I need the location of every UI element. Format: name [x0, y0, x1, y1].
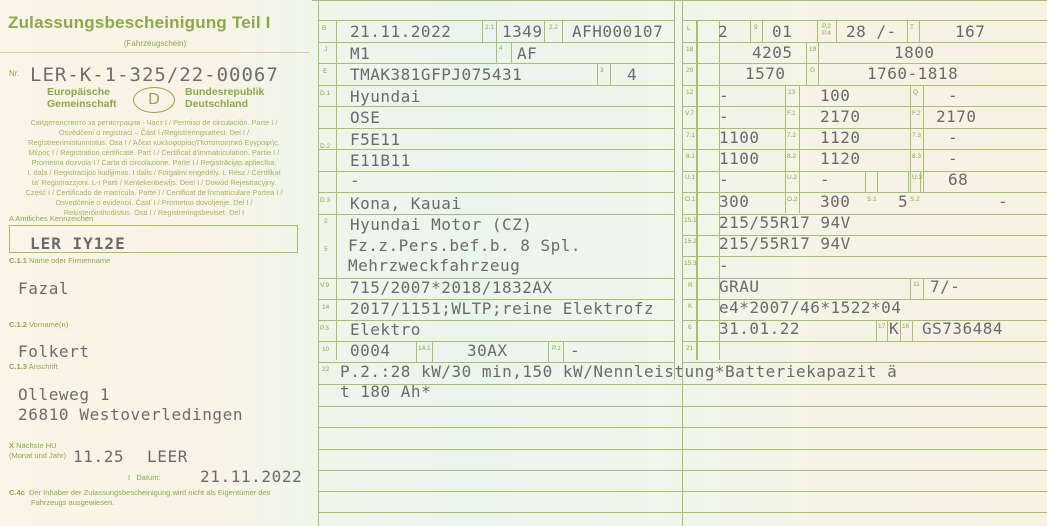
- grid-line: [907, 20, 908, 42]
- multilingual-line: Prometna dozvola I / Carta di circolazio…: [4, 158, 304, 168]
- grid-line: [900, 320, 901, 341]
- field-code-Q: Q: [913, 89, 918, 96]
- field-code-P4: P.4: [822, 30, 831, 37]
- field-code-9: 9: [754, 24, 758, 31]
- field-F2: 2170: [936, 107, 977, 126]
- field-P1: -: [570, 341, 580, 360]
- field-code-U1: U.1: [685, 174, 695, 181]
- grid-line: [682, 256, 1047, 257]
- grid-line: [682, 42, 1047, 43]
- field-5-2: Mehrzweckfahrzeug: [348, 256, 520, 275]
- field-19: 1800: [894, 43, 935, 62]
- field-code-D1: D.1: [320, 90, 330, 97]
- eu-label: Europäische Gemeinschaft: [47, 86, 116, 110]
- field-12: -: [719, 86, 729, 105]
- grid-line: [697, 20, 698, 360]
- grid-line: [318, 406, 1047, 407]
- field-J: M1: [350, 44, 370, 63]
- grid-line: [548, 341, 549, 362]
- field-code-E: E: [323, 68, 327, 75]
- field-F1: 2170: [820, 107, 861, 126]
- grid-line: [865, 171, 866, 192]
- address-line2: 26810 Westoverledingen: [18, 405, 243, 424]
- field-code-22: 22: [322, 366, 329, 373]
- field-S2: -: [998, 192, 1008, 211]
- field-code-2-1: 2.1: [485, 24, 494, 31]
- field-code-2-2: 2.2: [549, 24, 558, 31]
- field-code-17: 17: [878, 323, 885, 330]
- multilingual-line: I. daļa / Registracijos liudijimas. I da…: [4, 168, 304, 178]
- field-P2P4: 28 /-: [846, 22, 897, 41]
- field-code-15-1: 15.1: [684, 217, 697, 224]
- field-code-R: R: [688, 282, 693, 289]
- field-U3: 68: [948, 170, 968, 189]
- grid-line: [318, 427, 1047, 428]
- nr-label: Nr.: [9, 69, 19, 78]
- grid-line: [318, 149, 674, 150]
- field-code-13: 13: [788, 89, 795, 96]
- grid-line: [806, 42, 807, 85]
- grid-line: [682, 63, 1047, 64]
- country-code: D: [148, 91, 160, 109]
- eu-line2: Gemeinschaft: [47, 98, 116, 110]
- field-7-2: 1120: [820, 128, 861, 147]
- owner-note: C.4c Der Inhaber der Zulassungsbescheini…: [9, 488, 270, 508]
- field-2-2: AFH000107: [572, 22, 663, 41]
- field-code-U3: U.3: [912, 174, 922, 181]
- field-code-7-2: 7.2: [787, 132, 796, 139]
- field-code-16: 16: [902, 323, 909, 330]
- field-13: 100: [820, 86, 850, 105]
- field-O1: 300: [719, 192, 749, 211]
- field-D1: Hyundai: [350, 87, 421, 106]
- field-U1: -: [719, 170, 729, 189]
- field-code-15-2: 15.2: [684, 238, 697, 245]
- field-code-D2: D.2: [320, 143, 330, 150]
- grid-line: [696, 20, 697, 360]
- field-K: e4*2007/46*1522*04: [719, 298, 901, 317]
- field-3: 4: [627, 65, 637, 84]
- field-D2-1: OSE: [350, 108, 380, 127]
- multilingual-line: Osvedčenie o evidencii. Časť I / Prometn…: [4, 198, 304, 208]
- field-code-L: L: [687, 25, 691, 32]
- field-S1: 5: [898, 192, 908, 211]
- field-7-3: -: [948, 128, 958, 147]
- plate-label: A Amtliches Kennzeichen: [9, 214, 93, 223]
- field-code-19: 19: [809, 46, 816, 53]
- multilingual-line: Свидетелството за регистрация - Част I /…: [4, 118, 304, 128]
- field-code-V9: V.9: [320, 282, 329, 289]
- field-code-8-3: 8.3: [912, 153, 921, 160]
- grid-line: [312, 0, 1047, 1]
- plate-value: LER IY12E: [30, 234, 126, 253]
- multilingual-text: Свидетелството за регистрация - Част I /…: [4, 118, 304, 218]
- multilingual-line: Część I / Certificado de matrícula. Part…: [4, 188, 304, 198]
- field-code-3: 3: [600, 67, 604, 74]
- grid-line: [817, 20, 818, 42]
- field-B: 21.11.2022: [350, 22, 451, 41]
- field-D3: Kona, Kauai: [350, 194, 461, 213]
- grid-line: [318, 512, 1047, 513]
- field-code-11: 11: [913, 281, 920, 288]
- field-code-P3: P.3: [320, 325, 329, 332]
- grid-line: [496, 20, 497, 42]
- hu-label: X Nächste HU (Monat und Jahr): [9, 441, 66, 461]
- field-code-S1: S.1: [867, 196, 877, 203]
- field-6: 31.01.22: [719, 319, 800, 338]
- field-code-U2: U.2: [787, 174, 797, 181]
- field-20: 1570: [745, 64, 786, 83]
- name-label: C.1.1 Name oder Firmenname: [9, 256, 110, 265]
- name-value: Fazal: [18, 279, 69, 298]
- address-line1: Olleweg 1: [18, 385, 110, 404]
- grid-line: [544, 20, 545, 42]
- grid-line: [836, 20, 837, 42]
- grid-line: [318, 491, 1047, 492]
- field-8-3: -: [948, 149, 958, 168]
- country-oval-icon: D: [133, 87, 175, 113]
- field-code-6: 6: [688, 324, 692, 331]
- grid-line: [416, 341, 417, 362]
- field-code-21: 21: [686, 345, 693, 352]
- field-code-14-1: 14.1: [418, 345, 431, 352]
- field-code-B: B: [322, 25, 326, 32]
- grid-line: [923, 278, 924, 299]
- holder-panel: Zulassungsbescheinigung Teil I (Fahrzeug…: [0, 0, 312, 526]
- grid-line: [910, 278, 911, 299]
- document-subtitle: (Fahrzeugschein): [0, 39, 310, 48]
- grid-line: [877, 171, 878, 192]
- grid-line: [318, 0, 319, 526]
- grid-line: [432, 341, 433, 362]
- field-code-F1: F.1: [787, 110, 796, 117]
- grid-line: [887, 320, 888, 341]
- grid-line: [597, 63, 598, 85]
- field-11: 7/-: [930, 277, 960, 296]
- field-code-20: 20: [686, 67, 693, 74]
- field-code-O1: O.1: [685, 196, 695, 203]
- field-P3: Elektro: [350, 320, 421, 339]
- grid-line: [482, 20, 483, 42]
- grid-line: [876, 320, 877, 341]
- field-10: 0004: [350, 341, 391, 360]
- grid-line: [336, 20, 337, 360]
- eu-line1: Europäische: [47, 86, 116, 98]
- field-15-1: 215/55R17 94V: [719, 213, 851, 232]
- grid-line: [318, 128, 674, 129]
- field-code-K: K: [688, 303, 692, 310]
- grid-line: [496, 42, 497, 63]
- field-14-1: 30AX: [467, 341, 508, 360]
- field-4: AF: [517, 44, 537, 63]
- field-code-18: 18: [686, 46, 693, 53]
- grid-line: [919, 20, 920, 42]
- field-T: 167: [955, 22, 985, 41]
- field-code-J: J: [324, 46, 327, 53]
- field-code-T: T: [910, 24, 914, 31]
- field-code-O2: O.2: [787, 196, 797, 203]
- field-Q: -: [948, 86, 958, 105]
- hu-value: 11.25: [73, 447, 124, 466]
- grid-line: [562, 20, 563, 42]
- multilingual-line: Μέρος I / Registration certificate. Part…: [4, 148, 304, 158]
- field-code-2: 2: [324, 218, 328, 225]
- field-E: TMAK381GFPJ075431: [350, 65, 522, 84]
- field-O2: 300: [820, 192, 850, 211]
- field-code-8-2: 8.2: [787, 153, 796, 160]
- field-G: 1760-1818: [867, 64, 958, 83]
- grid-line: [923, 85, 924, 192]
- field-code-P1: P.1: [552, 345, 561, 352]
- grid-line: [318, 192, 674, 193]
- field-R: GRAU: [719, 277, 760, 296]
- field-L: 2: [718, 22, 728, 41]
- grid-line: [318, 171, 674, 172]
- issue-date: 21.11.2022: [200, 467, 302, 486]
- multilingual-line: Osvědčení o registraci – Část I /Registr…: [4, 128, 304, 138]
- field-code-G: G: [810, 67, 815, 74]
- field-22-line2: t 180 Ah*: [340, 382, 431, 401]
- grid-line: [912, 320, 913, 341]
- grid-line: [318, 63, 674, 64]
- field-D2-2: F5E11: [350, 130, 401, 149]
- field-8-1: 1100: [719, 149, 760, 168]
- grid-line: [511, 42, 512, 63]
- grid-line: [563, 341, 564, 362]
- grid-line: [762, 20, 763, 42]
- field-code-7-1: 7.1: [686, 132, 695, 139]
- date-label: I Datum:: [128, 473, 161, 482]
- grid-line: [682, 85, 1047, 86]
- field-17: K: [889, 319, 899, 338]
- grid-line: [750, 20, 751, 42]
- vehicle-data-grid: B2.12.2J4E3D.1D.2D.325V.914P.31014.1P.12…: [312, 0, 1047, 526]
- field-code-F2: F.2: [912, 110, 921, 117]
- field-7-1: 1100: [719, 128, 760, 147]
- grid-line: [318, 449, 1047, 450]
- field-code-10: 10: [322, 346, 329, 353]
- multilingual-line: Registreerimistunnistus. Osa I / Άδεια κ…: [4, 138, 304, 148]
- field-code-8-1: 8.1: [686, 153, 695, 160]
- field-2-1: 1349: [502, 22, 543, 41]
- grid-line: [908, 171, 909, 192]
- grid-line: [318, 106, 674, 107]
- field-V9: 715/2007*2018/1832AX: [350, 278, 553, 297]
- field-V7: -: [719, 107, 729, 126]
- address-label: C.1.3 Anschrift: [9, 362, 58, 371]
- field-D2-4: -: [350, 171, 360, 190]
- field-code-D3: D.3: [320, 197, 330, 204]
- de-line2: Deutschland: [185, 98, 264, 110]
- field-9: 01: [772, 22, 792, 41]
- field-U2: -: [820, 170, 830, 189]
- divider: [0, 52, 310, 53]
- document-title: Zulassungsbescheinigung Teil I: [8, 13, 271, 33]
- grid-line: [682, 106, 1047, 107]
- grid-line: [910, 85, 911, 192]
- field-2: Hyundai Motor (CZ): [350, 215, 532, 234]
- field-code-7-3: 7.3: [912, 132, 921, 139]
- grid-line: [682, 341, 1047, 342]
- field-code-V7: V.7: [685, 110, 694, 117]
- field-16: GS736484: [922, 319, 1003, 338]
- grid-line: [318, 470, 1047, 471]
- de-line1: Bundesrepublik: [185, 86, 264, 98]
- field-8-2: 1120: [820, 149, 861, 168]
- field-14: 2017/1151;WLTP;reine Elektrofz: [350, 299, 654, 318]
- field-code-15-3: 15.3: [684, 260, 697, 267]
- document-number: LER-K-1-325/22-00067: [30, 64, 279, 86]
- first-name-value: Folkert: [18, 342, 90, 361]
- field-D2-3: E11B11: [350, 151, 411, 170]
- field-code-5: 5: [324, 246, 328, 253]
- field-code-4: 4: [499, 45, 503, 52]
- field-code-12: 12: [686, 89, 693, 96]
- multilingual-line: ta' Reġistrazzjoni. L-I Parti / Kenteken…: [4, 178, 304, 188]
- grid-line: [682, 20, 1047, 21]
- field-18: 4205: [752, 43, 793, 62]
- de-label: Bundesrepublik Deutschland: [185, 86, 264, 110]
- grid-line: [610, 63, 611, 85]
- grid-line: [785, 85, 786, 213]
- field-15-3: -: [719, 256, 729, 275]
- field-22-line1: P.2.:28 kW/30 min,150 kW/Nennleistung*Ba…: [340, 362, 897, 381]
- field-code-S2: S.2: [910, 196, 920, 203]
- grid-line: [318, 85, 674, 86]
- first-name-label: C.1.2 Vorname(n): [9, 320, 68, 329]
- grid-line: [818, 42, 819, 85]
- field-5-1: Fz.z.Pers.bef.b. 8 Spl.: [348, 236, 581, 255]
- grid-line: [682, 0, 683, 526]
- field-code-14: 14: [322, 304, 329, 311]
- grid-line: [674, 0, 675, 380]
- grid-line: [799, 85, 800, 213]
- field-15-2: 215/55R17 94V: [719, 234, 851, 253]
- field-code-P2P4a: P.2: [822, 23, 831, 30]
- authority: LEER: [147, 447, 188, 466]
